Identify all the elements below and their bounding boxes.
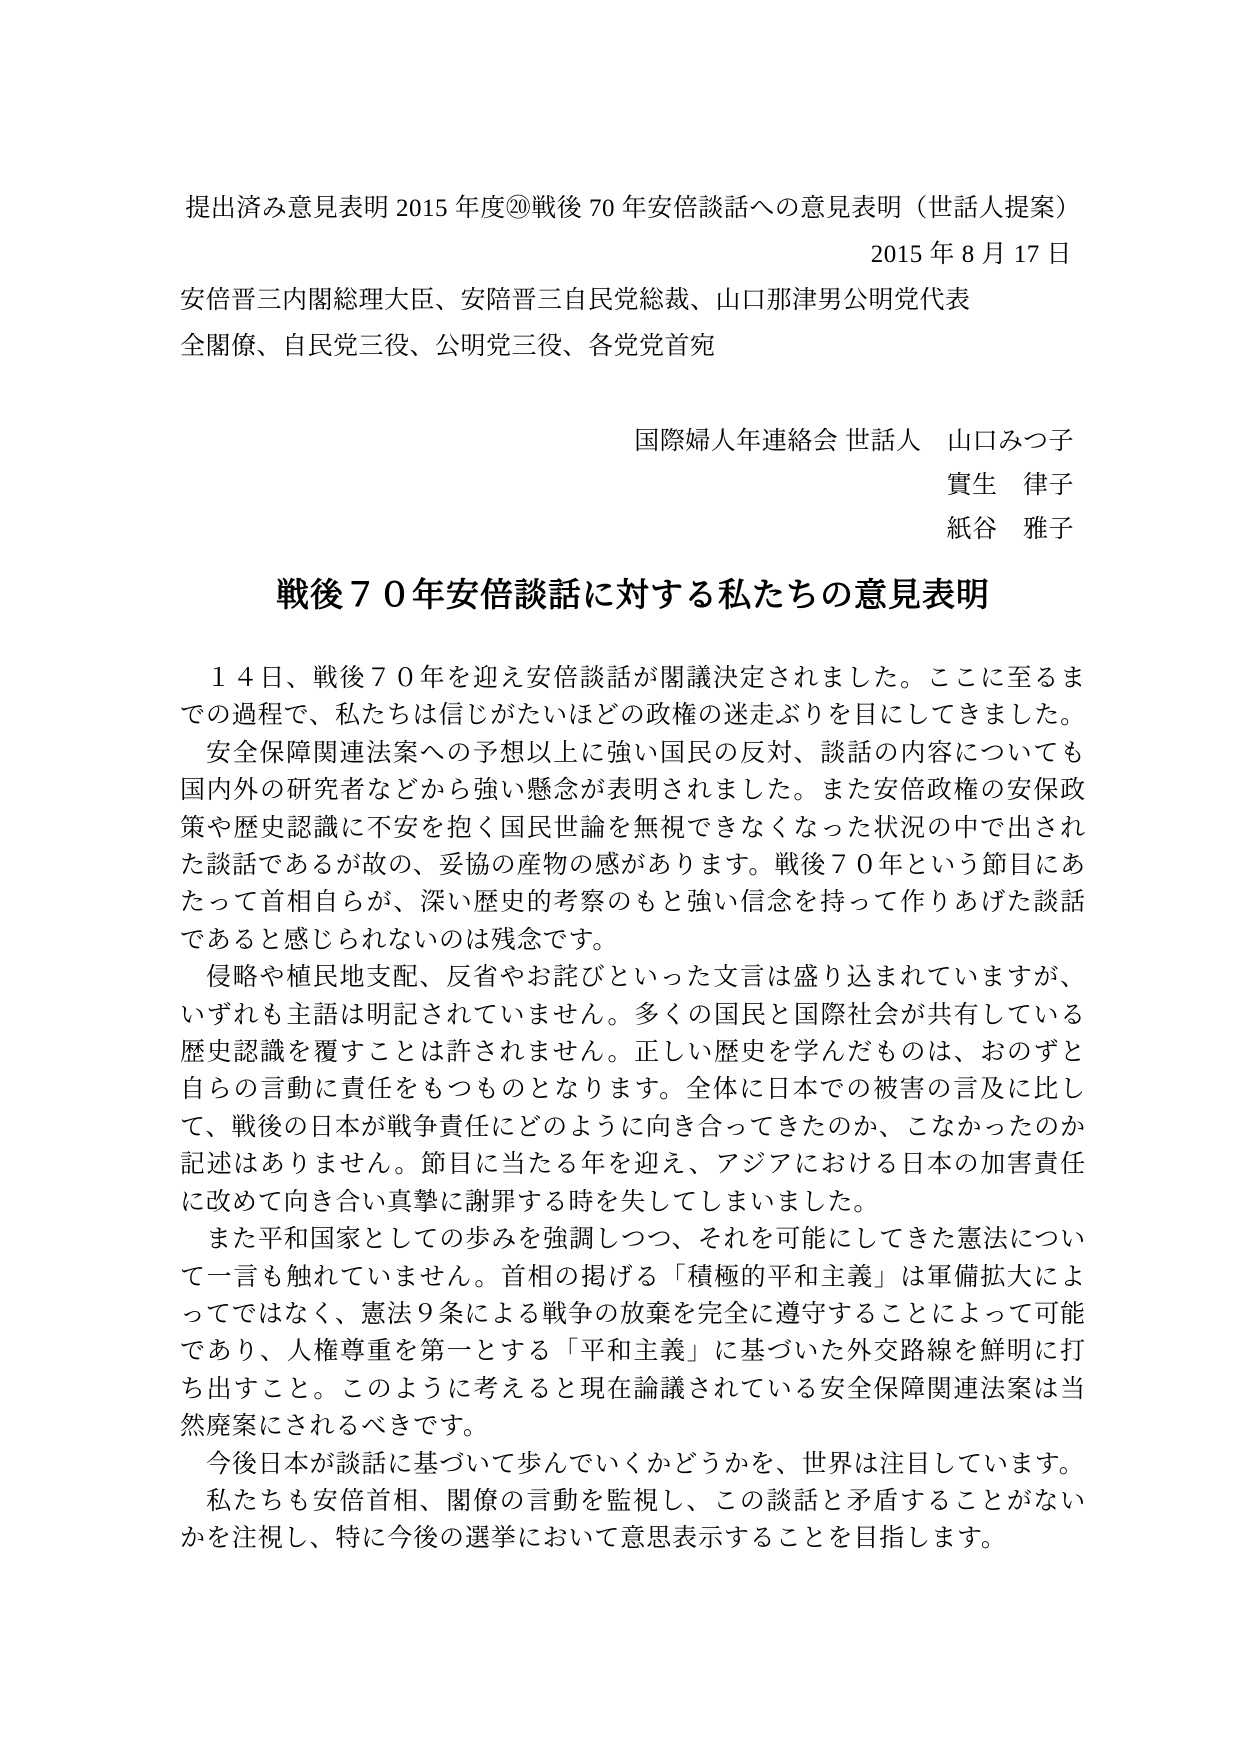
body-paragraph-6: 私たちも安倍首相、閣僚の言動を監視し、この談話と矛盾することがないかを注視し、特… xyxy=(180,1483,1086,1558)
signature-block: 国際婦人年連絡会 世話人 山口みつ子 實生 律子 紙谷 雅子 xyxy=(180,420,1086,552)
document-date: 2015 年 8 月 17 日 xyxy=(180,232,1086,278)
document-page: 提出済み意見表明 2015 年度⑳戦後 70 年安倍談話への意見表明（世話人提案… xyxy=(0,0,1240,1754)
addressee-line-1: 安倍晋三内閣総理大臣、安陪晋三自民党総裁、山口那津男公明党代表 xyxy=(180,278,1086,324)
body-paragraph-3: 侵略や植民地支配、反省やお詫びといった文言は盛り込まれていますが、いずれも主語は… xyxy=(180,959,1086,1221)
body-paragraph-5: 今後日本が談話に基づいて歩んでいくかどうかを、世界は注目しています。 xyxy=(180,1446,1086,1483)
signature-name-3: 紙谷 雅子 xyxy=(180,508,1074,552)
signature-name-2: 實生 律子 xyxy=(180,464,1074,508)
body-paragraph-4: また平和国家としての歩みを強調しつつ、それを可能にしてきた憲法について一言も触れ… xyxy=(180,1221,1086,1445)
body-paragraph-2: 安全保障関連法案への予想以上に強い国民の反対、談話の内容についても国内外の研究者… xyxy=(180,735,1086,959)
body-paragraph-1: １４日、戦後７０年を迎え安倍談話が閣議決定されました。ここに至るまでの過程で、私… xyxy=(180,660,1086,735)
signature-organization-line: 国際婦人年連絡会 世話人 山口みつ子 xyxy=(180,420,1074,464)
document-title: 戦後７０年安倍談話に対する私たちの意見表明 xyxy=(180,574,1086,618)
document-header-line: 提出済み意見表明 2015 年度⑳戦後 70 年安倍談話への意見表明（世話人提案… xyxy=(180,186,1086,232)
document-preamble: 提出済み意見表明 2015 年度⑳戦後 70 年安倍談話への意見表明（世話人提案… xyxy=(180,186,1086,370)
addressee-line-2: 全閣僚、自民党三役、公明党三役、各党党首宛 xyxy=(180,324,1086,370)
document-body: １４日、戦後７０年を迎え安倍談話が閣議決定されました。ここに至るまでの過程で、私… xyxy=(180,660,1086,1558)
